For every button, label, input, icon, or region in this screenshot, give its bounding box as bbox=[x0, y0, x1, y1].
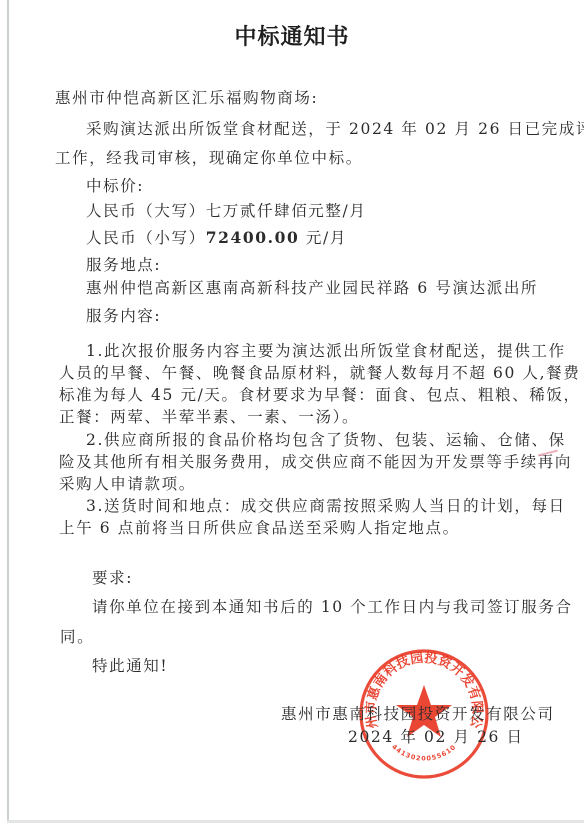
requirement-line-2: 同。 bbox=[60, 627, 94, 647]
content-heading: 服务内容: bbox=[86, 306, 161, 326]
recipient-line: 惠州市仲恺高新区汇乐福购物商场: bbox=[55, 88, 318, 108]
location-heading: 服务地点: bbox=[86, 255, 161, 275]
signature-date: 2024 年 02 月 26 日 bbox=[348, 727, 524, 747]
content-item-1-line-2: 人员的早餐、午餐、晚餐食品原材料，就餐人数每月不超 60 人,餐费 bbox=[59, 363, 580, 383]
intro-line-1: 采购演达派出所饭堂食材配送，于 2024 年 02 月 26 日已完成评标 bbox=[86, 119, 584, 139]
content-item-2-line-3: 采购人申请款项。 bbox=[59, 474, 196, 494]
price-lower-prefix: 人民币（小写） bbox=[86, 229, 206, 247]
price-upper-prefix: 人民币（大写） bbox=[86, 202, 206, 220]
price-upper-value: 七万贰仟肆佰元整/月 bbox=[206, 202, 367, 220]
signatory: 惠州市惠南科技园投资开发有限公司 bbox=[281, 704, 555, 724]
page-edge-left bbox=[7, 0, 9, 822]
price-heading: 中标价: bbox=[86, 176, 144, 196]
requirement-line-1: 请你单位在接到本通知书后的 10 个工作日内与我司签订服务合 bbox=[92, 597, 573, 617]
price-lower-value: 72400.00 bbox=[206, 228, 300, 247]
content-item-1-line-4: 正餐：两荤、半荤半素、一素、一汤）。 bbox=[59, 407, 359, 427]
page-edge-bottom bbox=[7, 820, 584, 823]
intro-line-2: 工作，经我司审核，现确定你单位中标。 bbox=[55, 148, 363, 168]
price-lower-line: 人民币（小写）72400.00 元/月 bbox=[86, 228, 347, 248]
closing-line: 特此通知! bbox=[92, 656, 168, 676]
content-item-1-line-3: 标准为每人 45 元/天。食材要求为早餐：面食、包点、粗粮、稀饭， bbox=[59, 385, 581, 405]
content-item-3-line-2: 上午 6 点前将当日所供应食品送至采购人指定地点。 bbox=[59, 518, 460, 538]
content-item-3-line-1: 3.送货时间和地点：成交供应商需按照采购人当日的计划，每日 bbox=[86, 496, 566, 516]
content-item-2-line-2: 险及其他所有相关服务费用，成交供应商不能因为开发票等手续再向 bbox=[59, 452, 572, 472]
price-upper-line: 人民币（大写）七万贰仟肆佰元整/月 bbox=[86, 201, 366, 221]
price-lower-suffix: 元/月 bbox=[299, 229, 347, 247]
document-page: 中标通知书 惠州市仲恺高新区汇乐福购物商场: 采购演达派出所饭堂食材配送，于 2… bbox=[0, 0, 584, 831]
document-title: 中标通知书 bbox=[0, 20, 584, 51]
location-value: 惠州仲恺高新区惠南高新科技产业园民祥路 6 号演达派出所 bbox=[86, 278, 538, 298]
content-item-1-line-1: 1.此次报价服务内容主要为演达派出所饭堂食材配送，提供工作 bbox=[86, 341, 566, 361]
content-item-2-line-1: 2.供应商所报的食品价格均包含了货物、包装、运输、仓储、保 bbox=[86, 430, 566, 450]
requirement-heading: 要求: bbox=[92, 568, 133, 588]
